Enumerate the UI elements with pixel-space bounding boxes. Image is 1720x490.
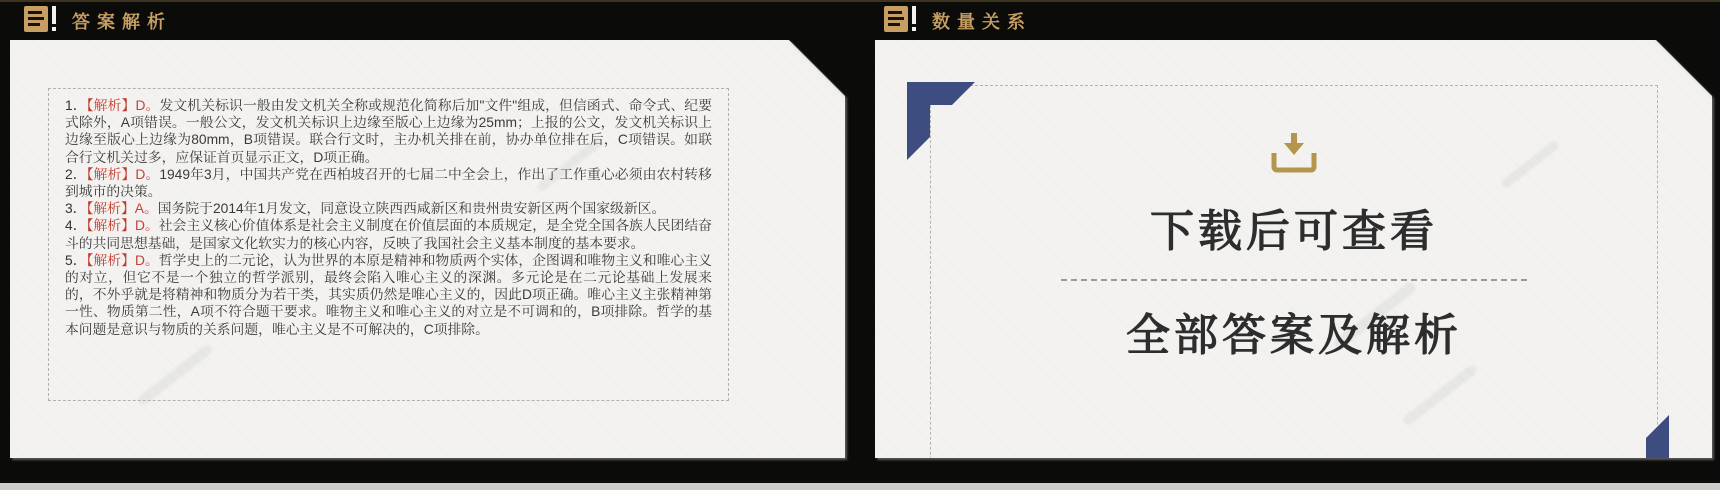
analysis-item: 1．【解析】D。发文机关标识一般由发文机关全称或规范化简称后加"文件"组成，但信… [65, 97, 712, 166]
download-icon [1267, 132, 1321, 183]
answer-letter: D。 [135, 167, 159, 182]
item-number: 2． [65, 167, 87, 182]
analysis-tag: 【解析】 [87, 98, 136, 113]
item-number: 1． [65, 98, 87, 113]
left-slide-title: 答案解析 [72, 8, 172, 34]
folded-corner [787, 40, 845, 98]
answer-letter: D。 [135, 253, 159, 268]
analysis-tag: 【解析】 [87, 167, 136, 182]
download-notice-panel: 下载后可查看 全部答案及解析 [930, 85, 1658, 480]
bottom-edge-strip [0, 483, 1720, 490]
right-slide-title: 数量关系 [932, 8, 1032, 34]
left-slide-header: 答案解析 [22, 4, 172, 38]
slide-preview-canvas: 答案解析 数量关系 1．【解析】D。发文机关标识一般由发文机关全称或规范化简称后… [0, 0, 1720, 490]
analysis-item: 3．【解析】A。国务院于2014年1月发文，同意设立陕西西咸新区和贵州贵安新区两… [65, 200, 712, 217]
item-text: 发文机关标识一般由发文机关全称或规范化简称后加"文件"组成，但信函式、命令式、纪… [65, 98, 712, 165]
analysis-tag: 【解析】 [87, 253, 135, 268]
analysis-text-panel: 1．【解析】D。发文机关标识一般由发文机关全称或规范化简称后加"文件"组成，但信… [48, 88, 729, 401]
answer-letter: A。 [135, 201, 158, 216]
item-number: 3． [65, 201, 86, 216]
document-edit-icon [882, 4, 922, 39]
item-text: 1949年3月，中国共产党在西柏坡召开的七届二中全会上，作出了工作重心必须由农村… [65, 167, 712, 199]
analysis-tag: 【解析】 [87, 218, 135, 233]
download-notice-line2: 全部答案及解析 [1126, 299, 1462, 363]
quantity-relation-slide[interactable]: 下载后可查看 全部答案及解析 [875, 40, 1712, 458]
analysis-item: 5．【解析】D。哲学史上的二元论，认为世界的本原是精神和物质两个实体，企图调和唯… [65, 252, 712, 338]
item-text: 社会主义核心价值体系是社会主义制度在价值层面的本质规定，是全党全国各族人民团结奋… [65, 218, 712, 250]
item-text: 国务院于2014年1月发文，同意设立陕西西咸新区和贵州贵安新区两个国家级新区。 [158, 201, 665, 216]
answer-analysis-slide[interactable]: 1．【解析】D。发文机关标识一般由发文机关全称或规范化简称后加"文件"组成，但信… [10, 40, 845, 458]
document-edit-icon [22, 4, 62, 39]
right-slide-header: 数量关系 [882, 4, 1032, 38]
analysis-item: 4．【解析】D。社会主义核心价值体系是社会主义制度在价值层面的本质规定，是全党全… [65, 217, 712, 251]
answer-letter: D。 [135, 218, 159, 233]
dashed-divider [1061, 279, 1527, 281]
analysis-item: 2．【解析】D。1949年3月，中国共产党在西柏坡召开的七届二中全会上，作出了工… [65, 166, 712, 200]
folded-corner [1654, 40, 1712, 98]
download-notice-line1: 下载后可查看 [1150, 195, 1438, 259]
item-number: 4． [65, 218, 87, 233]
item-text: 哲学史上的二元论，认为世界的本原是精神和物质两个实体，企图调和唯物主义和唯心主义… [65, 253, 712, 337]
analysis-tag: 【解析】 [86, 201, 134, 216]
item-number: 5． [65, 253, 87, 268]
answer-letter: D。 [135, 98, 159, 113]
